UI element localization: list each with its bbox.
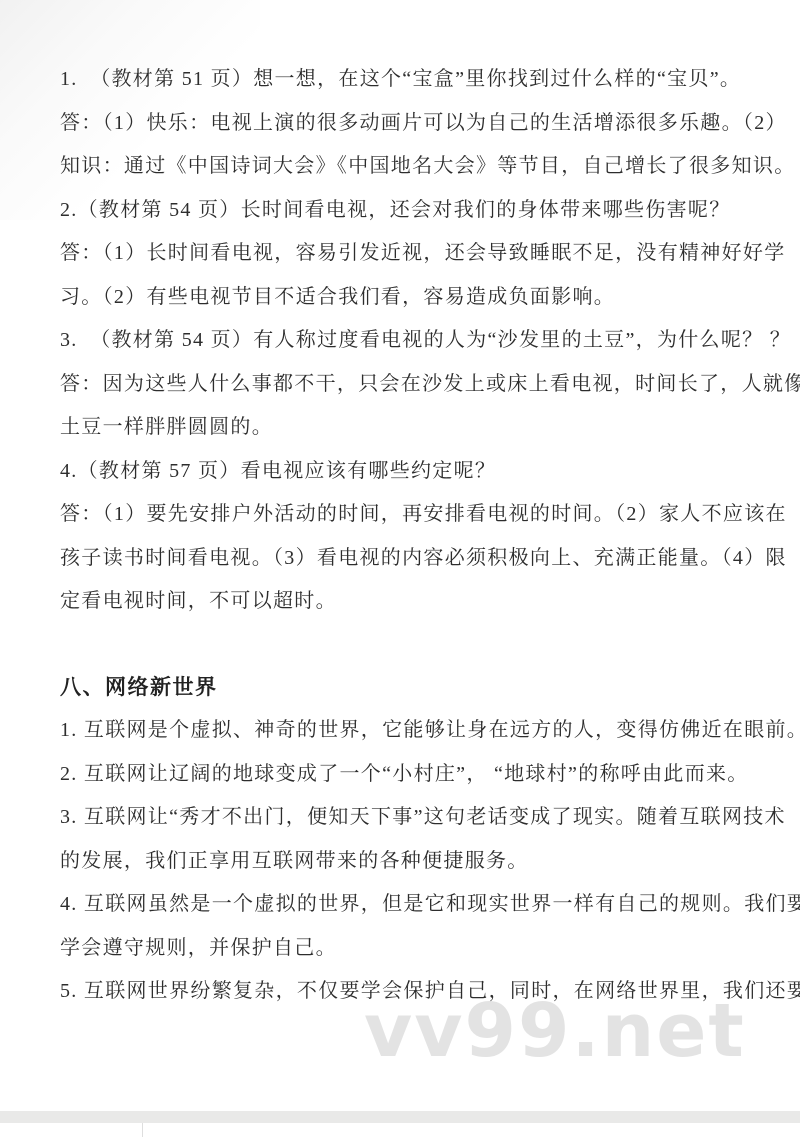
text-line: 习。（2）有些电视节目不适合我们看，容易造成负面影响。 bbox=[60, 276, 800, 320]
text-line: 答：（1）要先安排户外活动的时间，再安排看电视的时间。（2）家人不应该在 bbox=[60, 493, 800, 537]
internet-section: 1. 互联网是个虚拟、神奇的世界，它能够让身在远方的人，变得仿佛近在眼前。 2.… bbox=[60, 709, 800, 1014]
text-line: 答：（1）快乐：电视上演的很多动画片可以为自己的生活增添很多乐趣。（2） bbox=[60, 102, 800, 146]
next-page-edge-line bbox=[142, 1123, 143, 1137]
text-line: 3. 互联网让“秀才不出门，便知天下事”这句老话变成了现实。随着互联网技术 bbox=[60, 796, 800, 840]
page-break-separator bbox=[0, 1111, 800, 1123]
internet-section-heading-block: 八、网络新世界 bbox=[60, 666, 218, 710]
text-line: 定看电视时间，不可以超时。 bbox=[60, 580, 800, 624]
text-line: 的发展，我们正享用互联网带来的各种便捷服务。 bbox=[60, 840, 800, 884]
text-line: 4. 互联网虽然是一个虚拟的世界，但是它和现实世界一样有自己的规则。我们要 bbox=[60, 883, 800, 927]
text-line: 2.（教材第 54 页）长时间看电视，还会对我们的身体带来哪些伤害呢？ bbox=[60, 189, 800, 233]
text-line: 4.（教材第 57 页）看电视应该有哪些约定呢？ bbox=[60, 450, 800, 494]
tv-qa-section: 1. （教材第 51 页）想一想，在这个“宝盒”里你找到过什么样的“宝贝”。 答… bbox=[60, 58, 800, 624]
text-line: 知识：通过《中国诗词大会》《中国地名大会》等节目，自己增长了很多知识。 bbox=[60, 145, 800, 189]
document-page: vv99.net 1. （教材第 51 页）想一想，在这个“宝盒”里你找到过什么… bbox=[0, 0, 800, 1137]
section-heading: 八、网络新世界 bbox=[60, 666, 218, 710]
text-line: 答：（1）长时间看电视，容易引发近视，还会导致睡眠不足，没有精神好好学 bbox=[60, 232, 800, 276]
text-line: 1. （教材第 51 页）想一想，在这个“宝盒”里你找到过什么样的“宝贝”。 bbox=[60, 58, 800, 102]
text-line: 2. 互联网让辽阔的地球变成了一个“小村庄”， “地球村”的称呼由此而来。 bbox=[60, 753, 800, 797]
text-line: 孩子读书时间看电视。（3）看电视的内容必须积极向上、充满正能量。（4）限 bbox=[60, 537, 800, 581]
text-line: 答：因为这些人什么事都不干，只会在沙发上或床上看电视，时间长了，人就像 bbox=[60, 363, 800, 407]
text-line: 5. 互联网世界纷繁复杂，不仅要学会保护自己，同时，在网络世界里，我们还要 bbox=[60, 970, 800, 1014]
text-line: 土豆一样胖胖圆圆的。 bbox=[60, 406, 800, 450]
text-line: 1. 互联网是个虚拟、神奇的世界，它能够让身在远方的人，变得仿佛近在眼前。 bbox=[60, 709, 800, 753]
text-line: 3. （教材第 54 页）有人称过度看电视的人为“沙发里的土豆”，为什么呢？ ？ bbox=[60, 319, 800, 363]
text-line: 学会遵守规则，并保护自己。 bbox=[60, 927, 800, 971]
